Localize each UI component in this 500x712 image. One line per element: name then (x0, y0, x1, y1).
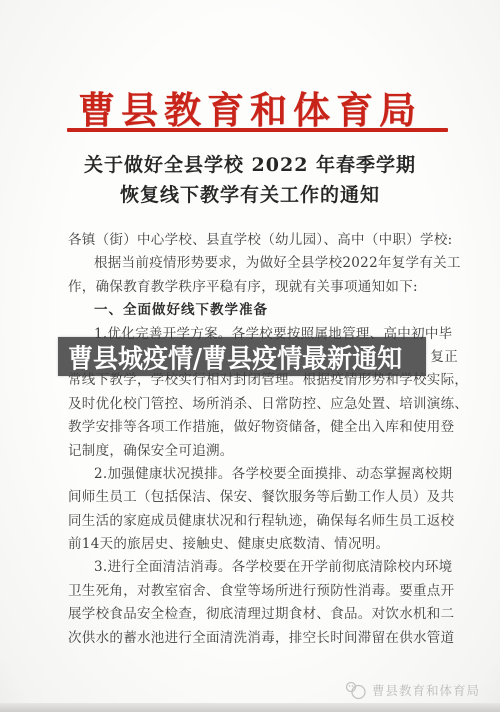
document-line: 展学校食品安全检查，彻底清理过期食材、食品。对饮水机和二 (68, 603, 448, 626)
news-caption-text: 曹县城疫情/曹县疫情最新通知 (58, 338, 402, 376)
document-line: 作，确保教育教学秩序平稳有序，现就有关事项通知如下: (68, 276, 448, 299)
document-line: 记制度，确保安全可追溯。 (68, 440, 448, 463)
watermark: 曹县教育和体育局 (344, 680, 480, 700)
document-line: 一、全面做好线下教学准备 (68, 299, 448, 322)
document-line: 教学安排等各项工作措施，做好物资储备，健全出入库和使用登 (68, 416, 448, 439)
notice-photo-page: 曹县教育和体育局 关于做好全县学校 2022 年春季学期 恢复线下教学有关工作的… (0, 0, 500, 712)
bureau-logo-icon (344, 680, 368, 700)
watermark-source-label: 曹县教育和体育局 (372, 681, 480, 699)
document-line: 根据当前疫情形势要求，为做好全县学校2022年复学有关工 (68, 252, 448, 275)
notice-title-line2: 恢复线下教学有关工作的通知 (0, 180, 500, 207)
document-line: 间师生员工（包括保洁、保安、餐饮服务等后勤工作人员）及共 (68, 486, 448, 509)
notice-title-line1: 关于做好全县学校 2022 年春季学期 (0, 150, 500, 177)
document-line: 各镇（街）中心学校、县直学校（幼儿园）、高中（中职）学校: (68, 229, 448, 252)
document-line: 次供水的蓄水池进行全面清洗消毒，排空长时间滞留在供水管道 (68, 627, 448, 650)
document-line: 前14天的旅居史、接触史、健康史底数清、情况明。 (68, 533, 448, 556)
photo-edge-strip (0, 703, 500, 712)
masthead-underline (67, 128, 448, 132)
news-caption-banner: 曹县城疫情/曹县疫情最新通知 (58, 337, 426, 376)
document-line: 2.加强健康状况摸排。各学校要全面摸排、动态掌握离校期 (68, 463, 448, 486)
document-line: 同生活的家庭成员健康状况和行程轨迹，确保每名师生员工返校 (68, 510, 448, 533)
document-body: 各镇（街）中心学校、县直学校（幼儿园）、高中（中职）学校:根据当前疫情形势要求，… (68, 229, 448, 650)
agency-masthead: 曹县教育和体育局 (0, 80, 500, 134)
document-line: 卫生死角，对教室宿舍、食堂等场所进行预防性消毒。要重点开 (68, 580, 448, 603)
document-line: 3.进行全面清洁消毒。各学校要在开学前彻底清除校内环境 (68, 556, 448, 579)
document-line: 及时优化校门管控、场所消杀、日常防控、应急处置、培训演练、 (68, 393, 448, 416)
